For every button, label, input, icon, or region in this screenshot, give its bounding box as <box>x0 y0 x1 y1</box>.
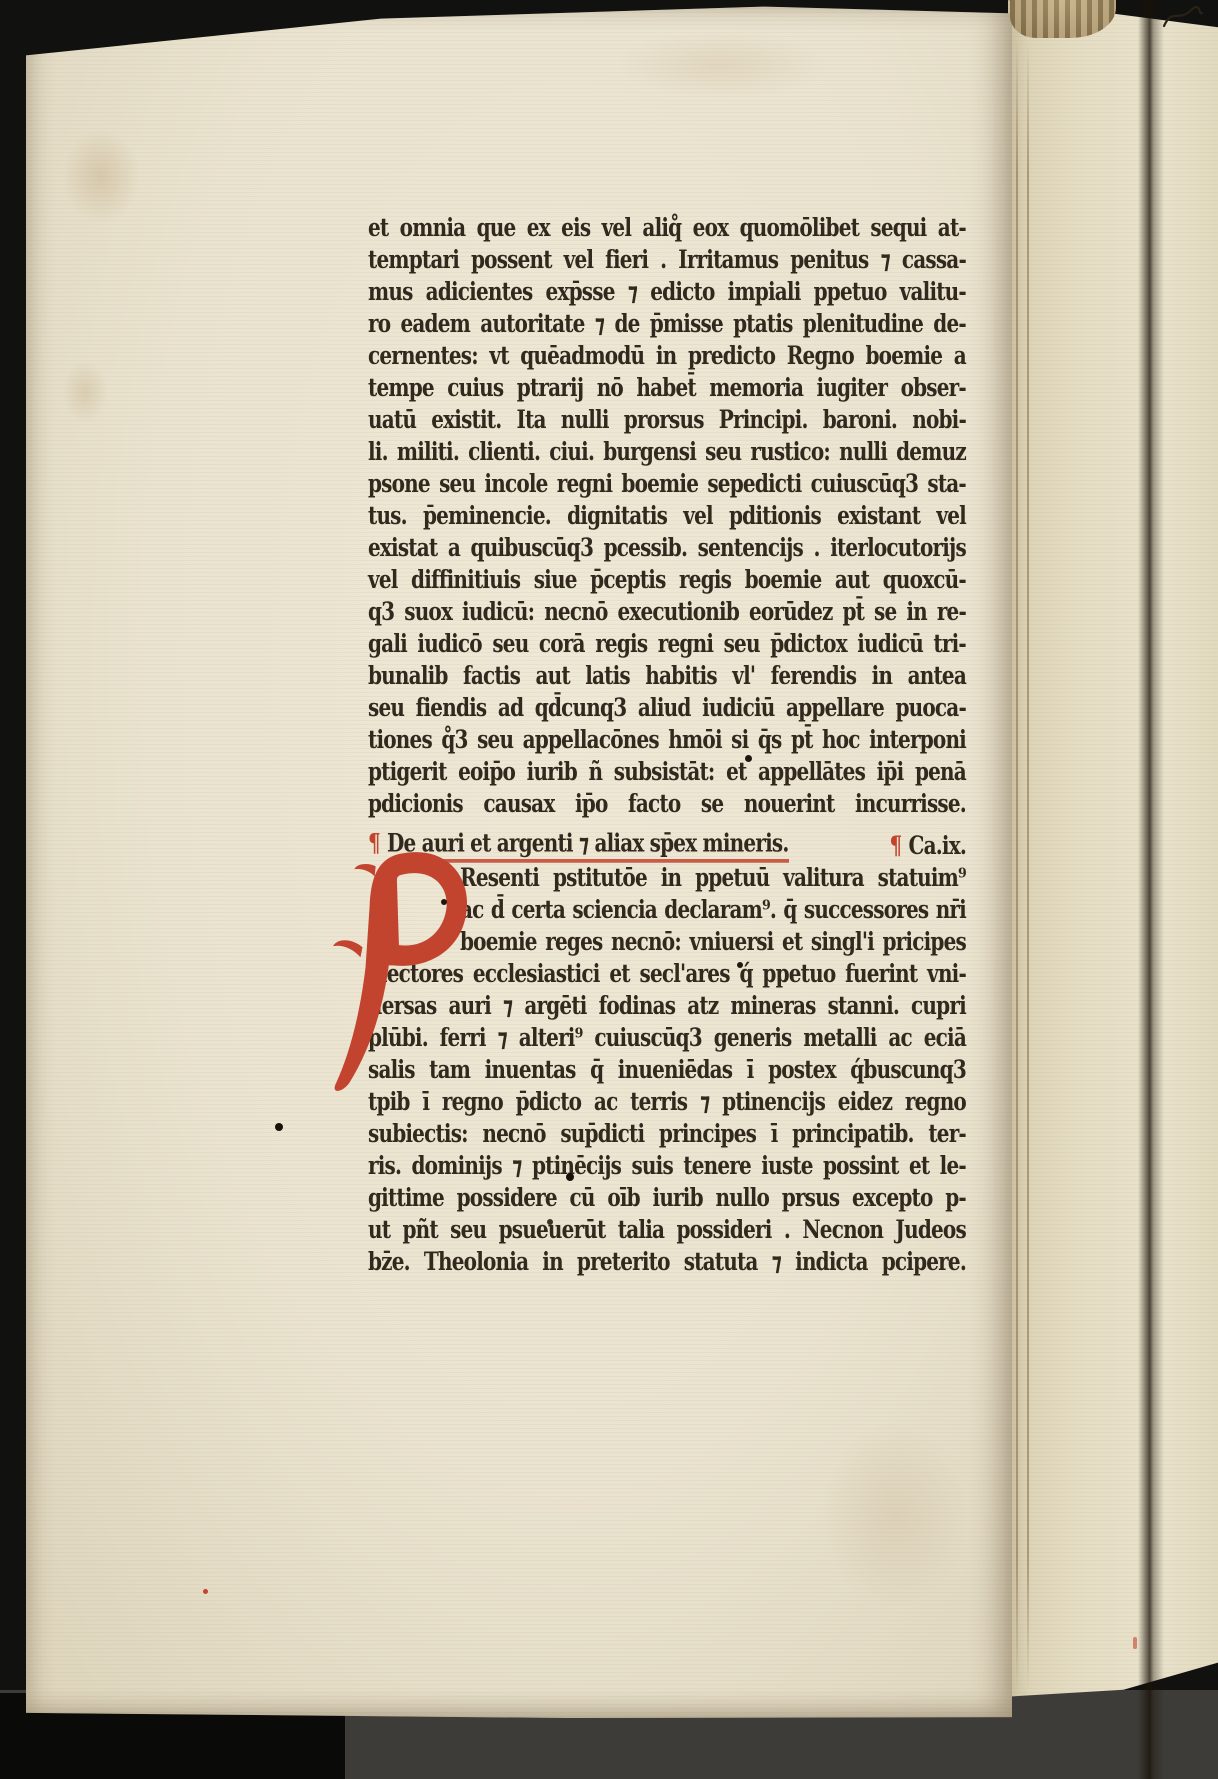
text-line: ris.dominijs⁊ptinēcijssuistenereiustepos… <box>368 1150 966 1182</box>
text-line: existataquibuscūq3pcessib.sentencijs.ite… <box>368 532 966 564</box>
ink-spot <box>441 899 447 905</box>
text-line: q3suoxiudicū:necnōexecutionibeorūdezpt̄s… <box>368 596 966 628</box>
text-line: acd̄certascienciadeclaram⁹.q̄successores… <box>460 894 966 926</box>
red-ink-spot <box>203 1589 208 1594</box>
text-line: bunalibfactisautlatishabitisvl'ferendisi… <box>368 660 966 692</box>
text-line: veldiffinitiuissiuep̄ceptisregisboemieau… <box>368 564 966 596</box>
text-line: utpñtseupsueuerūttaliapossideri.NecnonJu… <box>368 1214 966 1246</box>
pilcrow-icon: ¶ <box>890 831 902 861</box>
book-gutter-shadow <box>1138 0 1164 1779</box>
text-line: etomniaqueexeisvelaliq̊eoxquomōlibetsequ… <box>368 212 966 244</box>
text-line: bz̄e.Theoloniainpreteritostatuta⁊indicta… <box>368 1246 966 1278</box>
text-line: subiectis:necnōsup̄dictiprincipesīprinci… <box>368 1118 966 1150</box>
page-edge-line <box>1016 40 1018 1690</box>
text-line: gittimepossiderecūoībiuribnulloprsusexce… <box>368 1182 966 1214</box>
paragraph-2-indented: Resentipstitutōeinppetuūvaliturastatuim⁹… <box>460 862 966 958</box>
ink-spot <box>745 755 752 762</box>
text-line: cernentes:vtquēadmodūinpredictoRegnoboem… <box>368 340 966 372</box>
text-line: musadicientesexp̄sse⁊edictoimpialippetuo… <box>368 276 966 308</box>
text-column: etomniaqueexeisvelaliq̊eoxquomōlibetsequ… <box>368 212 966 1278</box>
red-ink-spot <box>1133 1637 1137 1649</box>
page-edge-line <box>1027 40 1029 1690</box>
illuminated-initial-P <box>328 850 480 1098</box>
ink-spot <box>737 962 743 968</box>
scanned-book-page: etomniaqueexeisvelaliq̊eoxquomōlibetsequ… <box>0 0 1218 1779</box>
adjacent-page <box>1008 0 1218 1700</box>
text-line: roeademautoritate⁊dep̄misseptatisplenitu… <box>368 308 966 340</box>
text-line: psoneseuincoleregniboemiesepedicticuiusc… <box>368 468 966 500</box>
text-line: tionesq̊3seuappellacōneshmōisiq̄spt̄hoci… <box>368 724 966 756</box>
ink-spot <box>275 1123 283 1131</box>
text-line: pdicioniscausaxip̄ofactosenouerintincurr… <box>368 788 966 820</box>
text-line: uatūexistit.ItanulliprorsusPrincipi.baro… <box>368 404 966 436</box>
text-line: galiiudicōseucorāregisregniseup̄dictoxiu… <box>368 628 966 660</box>
text-line: tus.p̄eminencie.dignitatisvelpditionisex… <box>368 500 966 532</box>
ink-squiggle <box>1162 4 1206 38</box>
text-line: ptigeriteoip̄oiuribñsubsistāt:etappellāt… <box>368 756 966 788</box>
text-line: seufiendisadqd̄cunq3aliudiudiciūappellar… <box>368 692 966 724</box>
text-line: tempecuiusptrarijnōhabet̄memoriaiugitero… <box>368 372 966 404</box>
text-line: boemieregesnecnō:vniuersietsingl'ipricip… <box>460 926 966 958</box>
ink-spot <box>547 1219 553 1225</box>
text-line: temptaripossentvelfieri.Irritamuspenitus… <box>368 244 966 276</box>
chapter-number: Ca.ix. <box>908 831 966 861</box>
paragraph-1: etomniaqueexeisvelaliq̊eoxquomōlibetsequ… <box>368 212 966 820</box>
text-line: Resentipstitutōeinppetuūvaliturastatuim⁹ <box>460 862 966 894</box>
text-line: li.militi.clienti.ciui.burgensiseurustic… <box>368 436 966 468</box>
ink-spot <box>566 1173 574 1181</box>
